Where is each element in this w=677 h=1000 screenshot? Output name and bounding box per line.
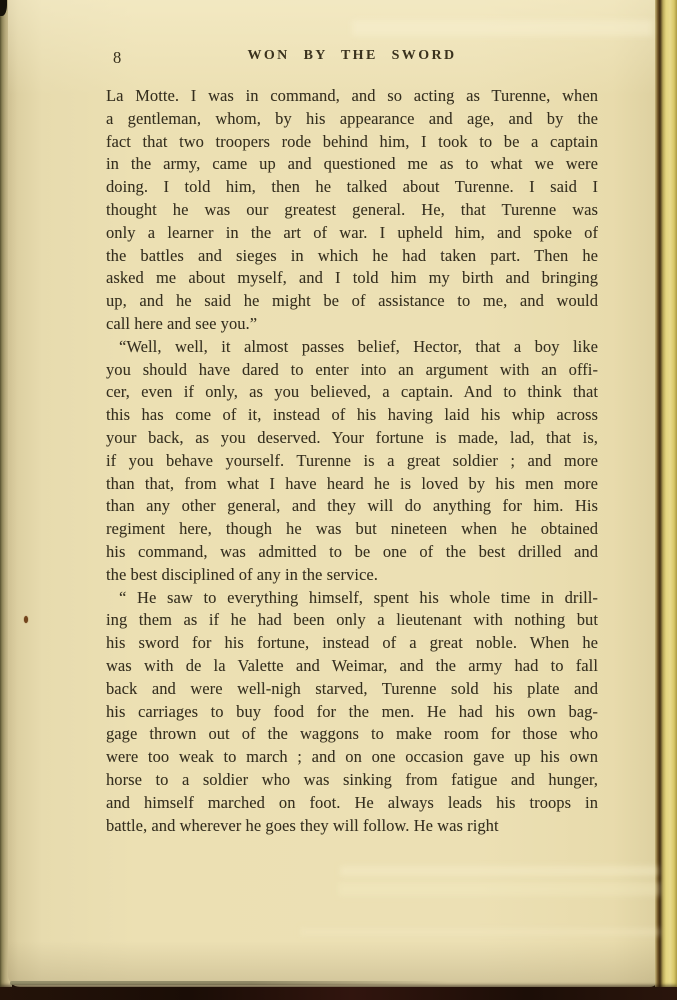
text-line: cer, even if only, as you believed, a ca… xyxy=(106,381,598,404)
text-line: were too weak to march ; and on one occa… xyxy=(106,746,598,769)
text-line: horse to a soldier who was sinking from … xyxy=(106,769,598,792)
text-line: only a learner in the art of war. I uphe… xyxy=(106,222,598,245)
paper-sheet: 8 WON BY THE SWORD La Motte. I was in co… xyxy=(8,0,658,987)
text-line: “Well, well, it almost passes belief, He… xyxy=(106,336,598,359)
fore-edge-pages xyxy=(655,0,677,1000)
text-line: the best disciplined of any in the servi… xyxy=(106,564,598,587)
text-line: asked me about myself, and I told him my… xyxy=(106,267,598,290)
text-line: than that, from what I have heard he is … xyxy=(106,473,598,496)
scan-streak xyxy=(352,20,652,36)
text-line: doing. I told him, then he talked about … xyxy=(106,176,598,199)
text-line: battle, and wherever he goes they will f… xyxy=(106,815,598,838)
text-line: up, and he said he might be of assistanc… xyxy=(106,290,598,313)
text-line: back and were well-nigh starved, Turenne… xyxy=(106,678,598,701)
text-line: in the army, came up and questioned me a… xyxy=(106,153,598,176)
text-line: a gentleman, whom, by his appearance and… xyxy=(106,108,598,131)
paper-speck xyxy=(24,616,28,623)
running-header-title: WON BY THE SWORD xyxy=(106,48,598,64)
scan-streak xyxy=(300,928,660,936)
running-header: 8 WON BY THE SWORD xyxy=(106,48,598,64)
book-page-scan: 8 WON BY THE SWORD La Motte. I was in co… xyxy=(0,0,677,1000)
text-line: the battles and sieges in which he had t… xyxy=(106,245,598,268)
text-line: his command, was admitted to be one of t… xyxy=(106,541,598,564)
text-line: ing them as if he had been only a lieute… xyxy=(106,609,598,632)
text-line: gage thrown out of the waggons to make r… xyxy=(106,723,598,746)
text-line: his carriages to buy food for the men. H… xyxy=(106,701,598,724)
text-line: you should have dared to enter into an a… xyxy=(106,359,598,382)
scan-streak xyxy=(338,882,660,896)
text-line: than any other general, and they will do… xyxy=(106,495,598,518)
page-bottom-edge xyxy=(10,981,450,985)
text-line: regiment here, though he was but ninetee… xyxy=(106,518,598,541)
text-line: was with de la Valette and Weimar, and t… xyxy=(106,655,598,678)
text-line: call here and see you.” xyxy=(106,313,598,336)
text-line: and himself marched on foot. He always l… xyxy=(106,792,598,815)
page-number: 8 xyxy=(113,48,121,68)
text-line: if you behave yourself. Turenne is a gre… xyxy=(106,450,598,473)
text-line: his sword for his fortune, instead of a … xyxy=(106,632,598,655)
text-line: thought he was our greatest general. He,… xyxy=(106,199,598,222)
text-line: fact that two troopers rode behind him, … xyxy=(106,131,598,154)
body-text: La Motte. I was in command, and so actin… xyxy=(106,85,598,837)
text-line: La Motte. I was in command, and so actin… xyxy=(106,85,598,108)
text-line: your back, as you deserved. Your fortune… xyxy=(106,427,598,450)
text-line: this has come of it, instead of his havi… xyxy=(106,404,598,427)
text-line: “ He saw to everything himself, spent hi… xyxy=(106,587,598,610)
scan-streak xyxy=(340,866,658,876)
book-cover-bottom xyxy=(0,987,677,1000)
